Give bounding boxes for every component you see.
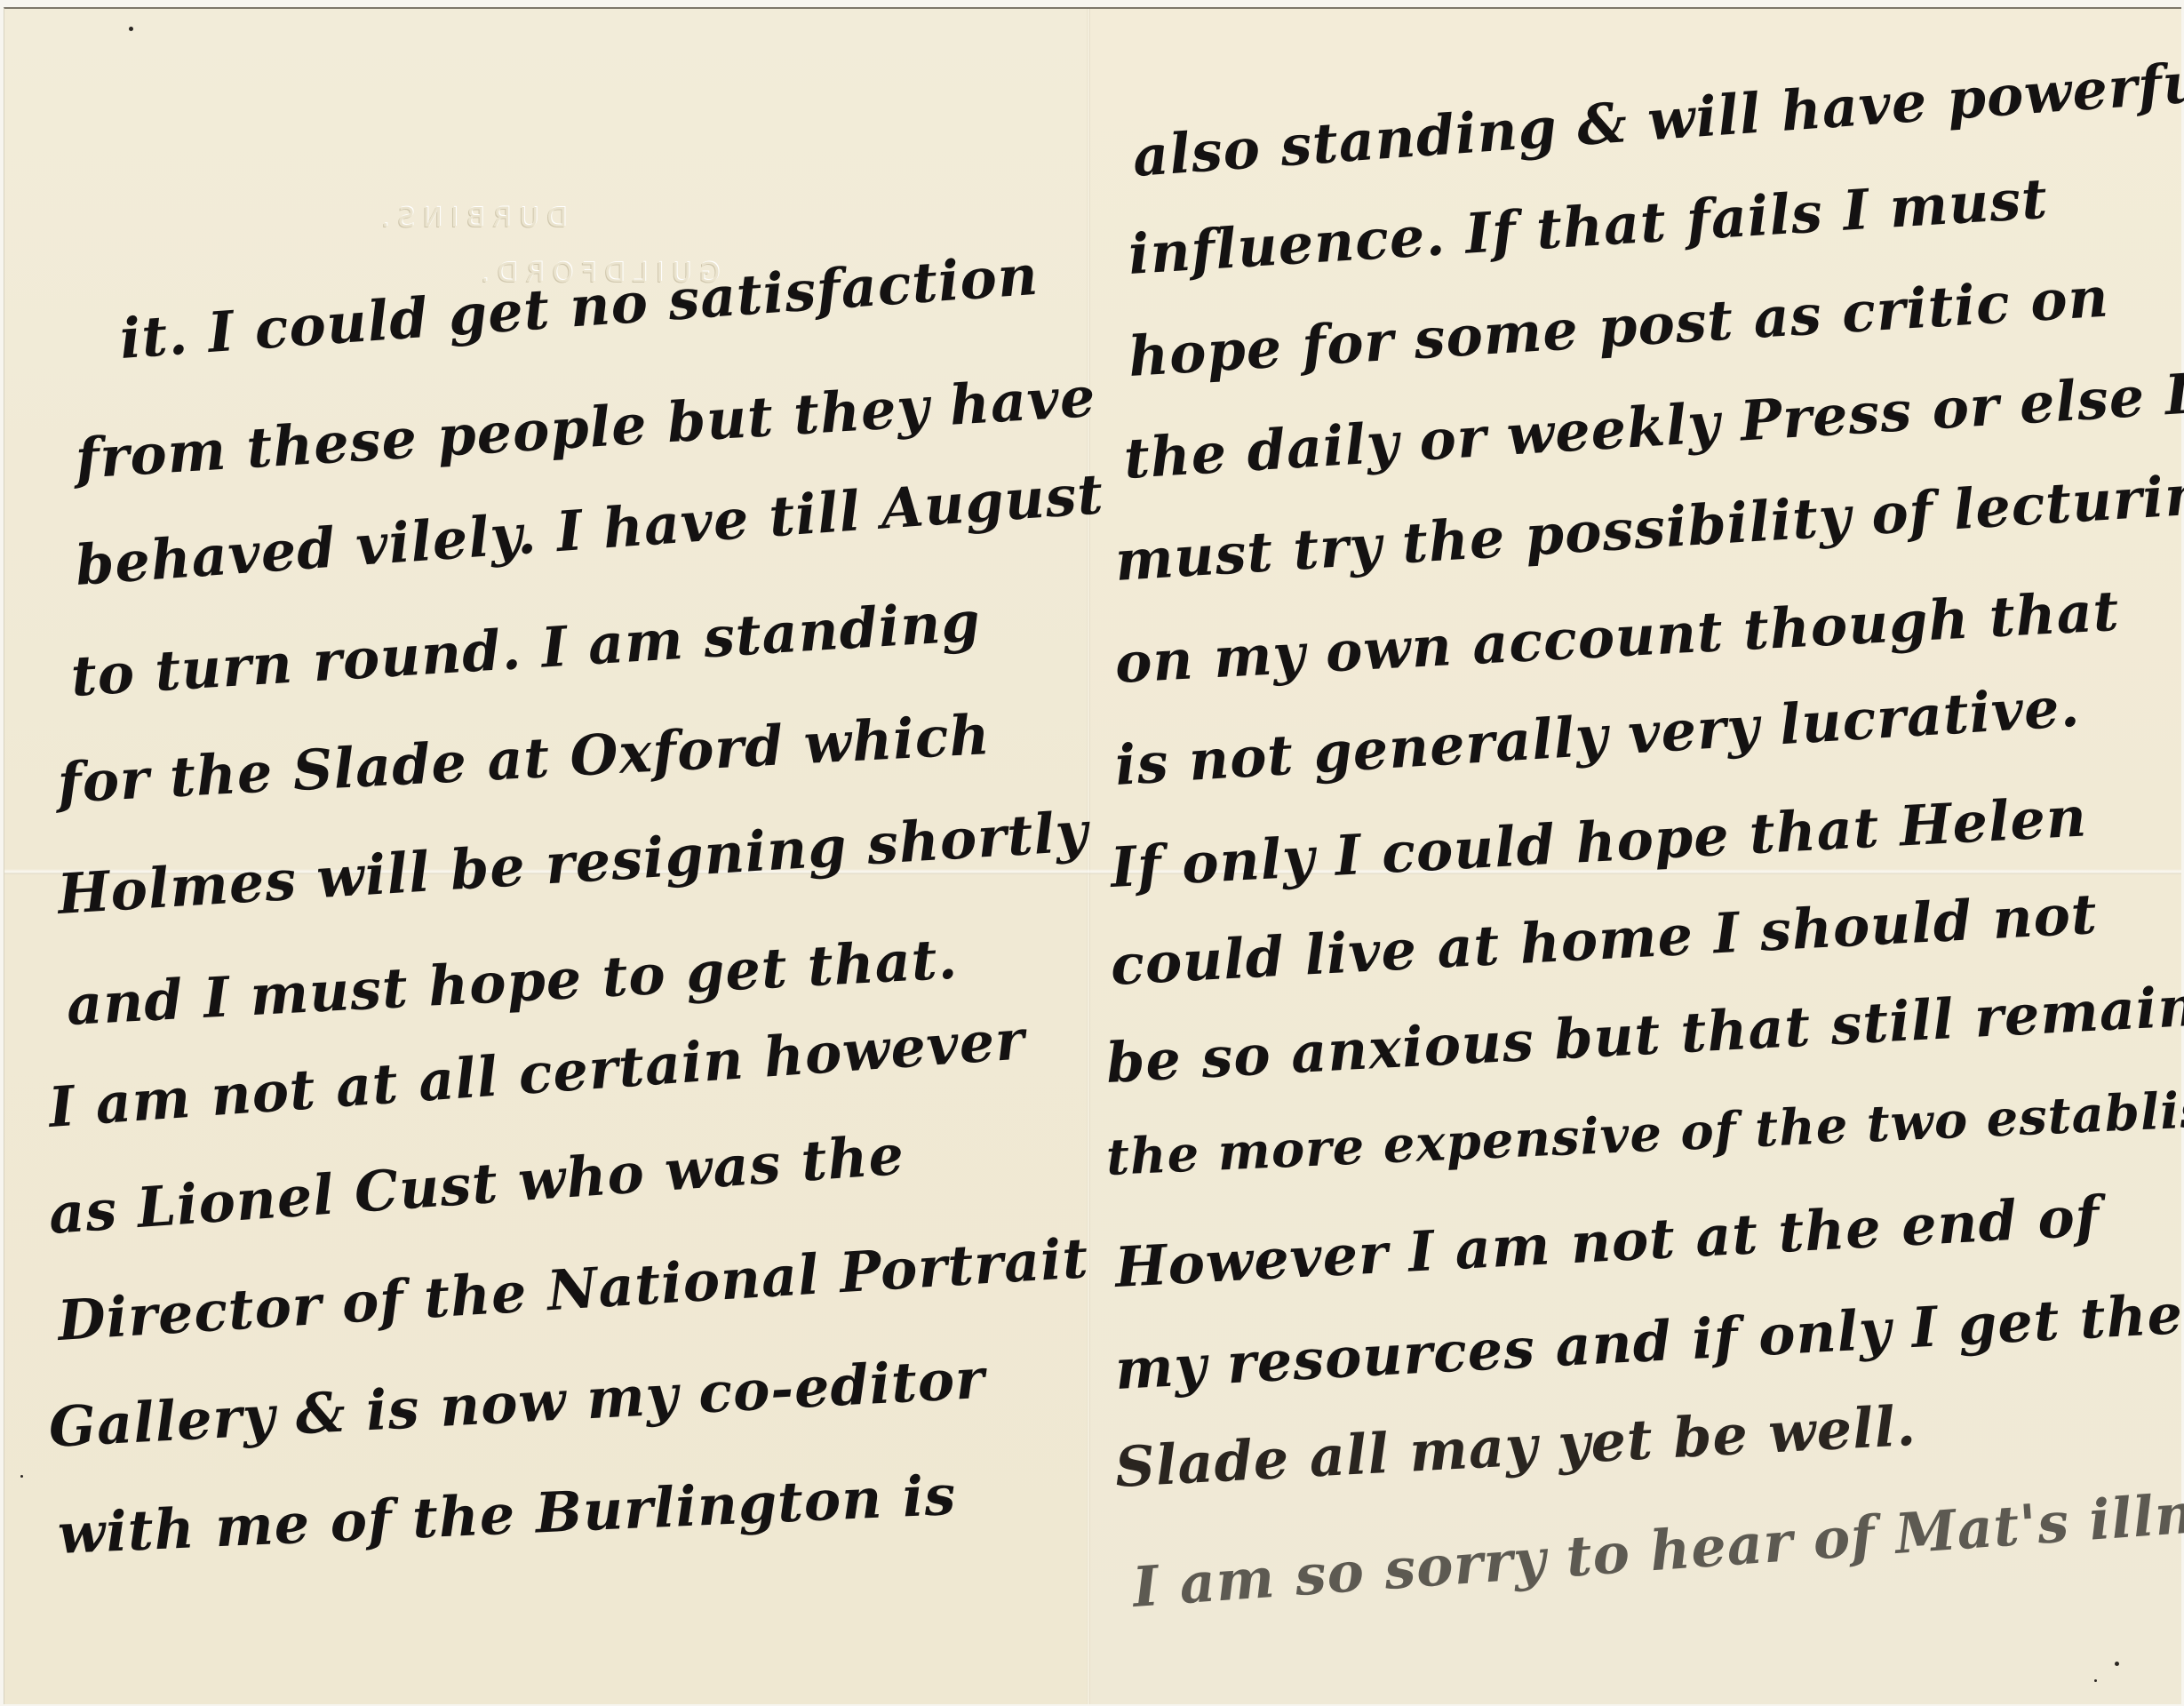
paper-speck [2094,1679,2097,1682]
letterhead-line-1: DURBINS. [373,191,720,246]
paper-speck [2115,1662,2119,1666]
letter-sheet: DURBINS. GUILDFORD. it. I could get no s… [4,7,2181,1704]
paper-speck [20,1475,23,1478]
paper-speck [129,27,133,31]
